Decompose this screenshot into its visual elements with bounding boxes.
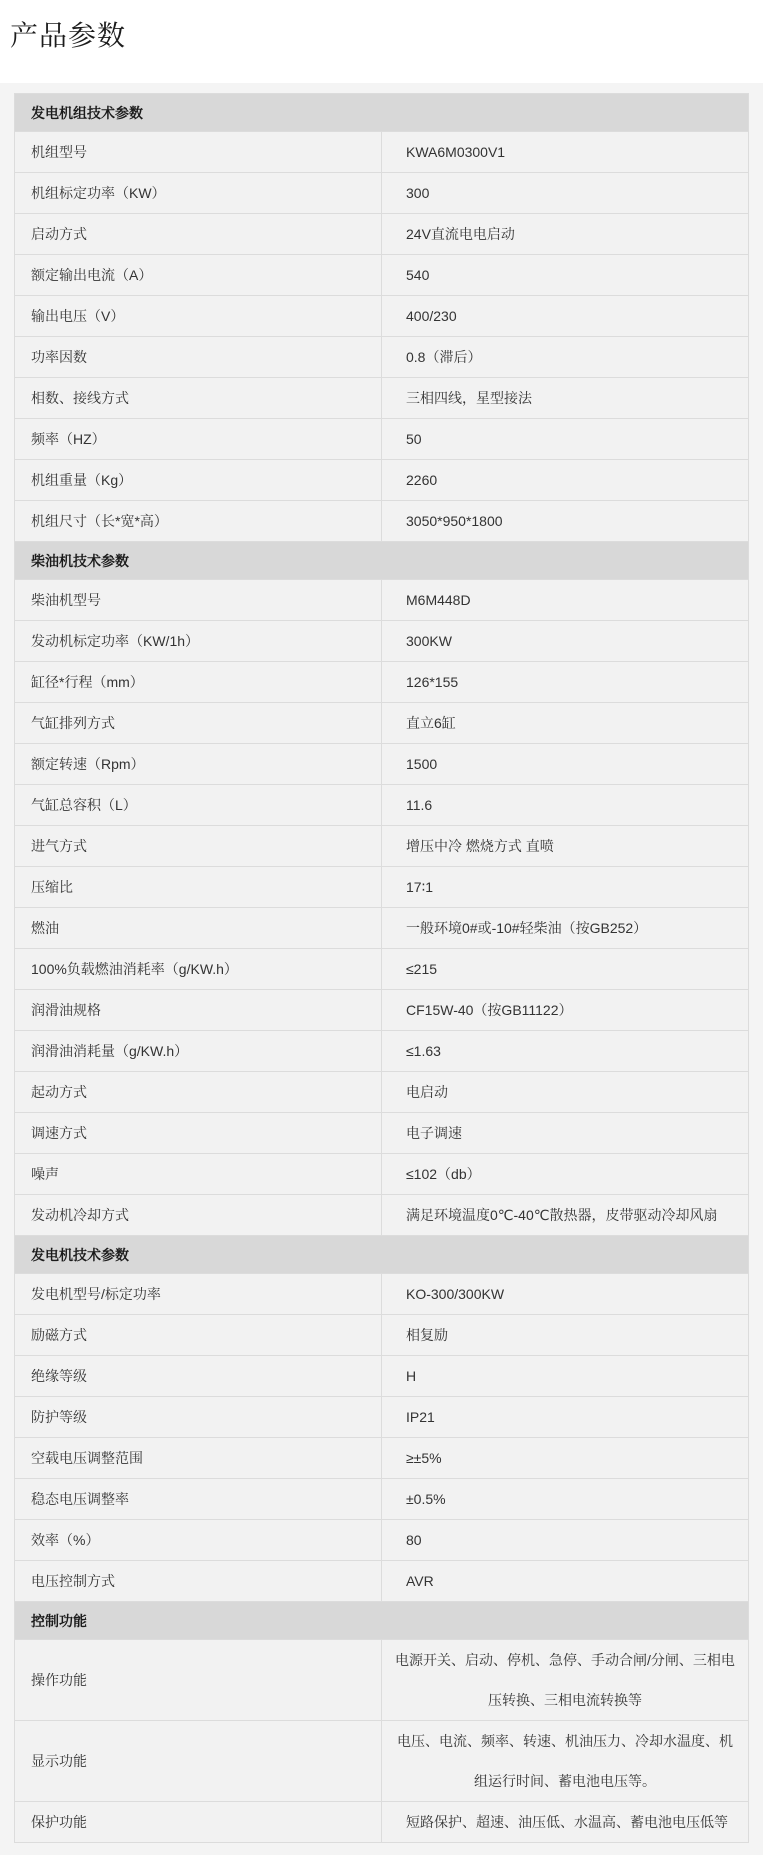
spec-value: 电子调速: [382, 1113, 749, 1154]
spec-label: 调速方式: [15, 1113, 382, 1154]
spec-row: 相数、接线方式三相四线，星型接法: [15, 378, 749, 419]
spec-label: 压缩比: [15, 867, 382, 908]
product-parameters-page: 产品参数 发电机组技术参数机组型号KWA6M0300V1机组标定功率（KW）30…: [0, 0, 763, 1855]
spec-label: 显示功能: [15, 1721, 382, 1802]
spec-label: 机组标定功率（KW）: [15, 173, 382, 214]
spec-value: 相复励: [382, 1315, 749, 1356]
spec-value: 80: [382, 1520, 749, 1561]
spec-row: 润滑油规格CF15W-40（按GB11122）: [15, 990, 749, 1031]
spec-label: 启动方式: [15, 214, 382, 255]
spec-value: 短路保护、超速、油压低、水温高、蓄电池电压低等: [382, 1802, 749, 1843]
spec-label: 保护功能: [15, 1802, 382, 1843]
spec-label: 机组重量（Kg）: [15, 460, 382, 501]
spec-value: IP21: [382, 1397, 749, 1438]
spec-label: 稳态电压调整率: [15, 1479, 382, 1520]
spec-value: 电源开关、启动、停机、急停、手动合闸/分闸、三相电压转换、三相电流转换等: [382, 1640, 749, 1721]
page-title: 产品参数: [0, 0, 763, 53]
spec-label: 机组型号: [15, 132, 382, 173]
spec-row: 100%负载燃油消耗率（g/KW.h）≤215: [15, 949, 749, 990]
spec-label: 频率（HZ）: [15, 419, 382, 460]
spec-row: 柴油机型号M6M448D: [15, 580, 749, 621]
spec-value: 2260: [382, 460, 749, 501]
spec-label: 柴油机型号: [15, 580, 382, 621]
spec-row: 起动方式电启动: [15, 1072, 749, 1113]
spec-value: 11.6: [382, 785, 749, 826]
spec-label: 起动方式: [15, 1072, 382, 1113]
spec-value: 540: [382, 255, 749, 296]
spec-label: 功率因数: [15, 337, 382, 378]
spec-row: 发动机冷却方式满足环境温度0℃-40℃散热器，皮带驱动冷却风扇: [15, 1195, 749, 1236]
spec-row: 润滑油消耗量（g/KW.h）≤1.63: [15, 1031, 749, 1072]
spec-label: 绝缘等级: [15, 1356, 382, 1397]
spec-row: 防护等级IP21: [15, 1397, 749, 1438]
spec-value: 300KW: [382, 621, 749, 662]
spec-value: 直立6缸: [382, 703, 749, 744]
spec-row: 气缸总容积（L）11.6: [15, 785, 749, 826]
spec-value: 三相四线，星型接法: [382, 378, 749, 419]
spec-row: 发电机型号/标定功率KO-300/300KW: [15, 1274, 749, 1315]
spec-row: 启动方式24V直流电电启动: [15, 214, 749, 255]
spec-label: 操作功能: [15, 1640, 382, 1721]
spec-row: 机组型号KWA6M0300V1: [15, 132, 749, 173]
spec-row: 燃油一般环境0#或-10#轻柴油（按GB252）: [15, 908, 749, 949]
spec-value: 17∶1: [382, 867, 749, 908]
spec-label: 燃油: [15, 908, 382, 949]
spec-row: 额定输出电流（A）540: [15, 255, 749, 296]
spec-row: 气缸排列方式直立6缸: [15, 703, 749, 744]
spec-row: 进气方式增压中冷 燃烧方式 直喷: [15, 826, 749, 867]
spec-label: 发动机标定功率（KW/1h）: [15, 621, 382, 662]
spec-row: 压缩比17∶1: [15, 867, 749, 908]
spec-label: 气缸总容积（L）: [15, 785, 382, 826]
spec-row: 机组重量（Kg）2260: [15, 460, 749, 501]
spec-value: 300: [382, 173, 749, 214]
spec-row: 噪声≤102（db）: [15, 1154, 749, 1195]
spec-value: 24V直流电电启动: [382, 214, 749, 255]
spec-value: 3050*950*1800: [382, 501, 749, 542]
spec-label: 润滑油消耗量（g/KW.h）: [15, 1031, 382, 1072]
spec-value: KWA6M0300V1: [382, 132, 749, 173]
spec-value: 电启动: [382, 1072, 749, 1113]
spec-table: 发电机组技术参数机组型号KWA6M0300V1机组标定功率（KW）300启动方式…: [14, 93, 749, 1843]
spec-value: ≥±5%: [382, 1438, 749, 1479]
section-header-row: 柴油机技术参数: [15, 542, 749, 580]
spec-value: ≤102（db）: [382, 1154, 749, 1195]
spec-value: 增压中冷 燃烧方式 直喷: [382, 826, 749, 867]
spec-row: 机组尺寸（长*宽*高）3050*950*1800: [15, 501, 749, 542]
spec-row: 励磁方式相复励: [15, 1315, 749, 1356]
spec-value: 一般环境0#或-10#轻柴油（按GB252）: [382, 908, 749, 949]
spec-value: 400/230: [382, 296, 749, 337]
spec-label: 额定转速（Rpm）: [15, 744, 382, 785]
spec-row: 功率因数0.8（滞后）: [15, 337, 749, 378]
spec-label: 相数、接线方式: [15, 378, 382, 419]
spec-value: ≤1.63: [382, 1031, 749, 1072]
spec-label: 防护等级: [15, 1397, 382, 1438]
spec-value: 0.8（滞后）: [382, 337, 749, 378]
spec-label: 发电机型号/标定功率: [15, 1274, 382, 1315]
section-header-row: 发电机技术参数: [15, 1236, 749, 1274]
spec-row: 空载电压调整范围≥±5%: [15, 1438, 749, 1479]
spec-label: 进气方式: [15, 826, 382, 867]
section-header-row: 发电机组技术参数: [15, 94, 749, 132]
spec-row: 绝缘等级H: [15, 1356, 749, 1397]
spec-row: 效率（%）80: [15, 1520, 749, 1561]
spec-row: 保护功能短路保护、超速、油压低、水温高、蓄电池电压低等: [15, 1802, 749, 1843]
spec-value: ≤215: [382, 949, 749, 990]
spec-value: CF15W-40（按GB11122）: [382, 990, 749, 1031]
spec-value: H: [382, 1356, 749, 1397]
spec-row: 输出电压（V）400/230: [15, 296, 749, 337]
section-header: 发电机组技术参数: [15, 94, 749, 132]
spec-row: 调速方式电子调速: [15, 1113, 749, 1154]
spec-label: 润滑油规格: [15, 990, 382, 1031]
spec-label: 空载电压调整范围: [15, 1438, 382, 1479]
spec-value: AVR: [382, 1561, 749, 1602]
spec-label: 效率（%）: [15, 1520, 382, 1561]
spec-row: 缸径*行程（mm）126*155: [15, 662, 749, 703]
spec-label: 输出电压（V）: [15, 296, 382, 337]
spec-value: 126*155: [382, 662, 749, 703]
spec-table-container: 发电机组技术参数机组型号KWA6M0300V1机组标定功率（KW）300启动方式…: [0, 83, 763, 1855]
spec-label: 额定输出电流（A）: [15, 255, 382, 296]
spec-table-body: 发电机组技术参数机组型号KWA6M0300V1机组标定功率（KW）300启动方式…: [15, 94, 749, 1843]
spec-label: 100%负载燃油消耗率（g/KW.h）: [15, 949, 382, 990]
spec-value: 电压、电流、频率、转速、机油压力、冷却水温度、机组运行时间、蓄电池电压等。: [382, 1721, 749, 1802]
section-header: 控制功能: [15, 1602, 749, 1640]
spec-value: 满足环境温度0℃-40℃散热器，皮带驱动冷却风扇: [382, 1195, 749, 1236]
spec-value: 50: [382, 419, 749, 460]
spec-row: 频率（HZ）50: [15, 419, 749, 460]
spec-label: 发动机冷却方式: [15, 1195, 382, 1236]
spec-row: 机组标定功率（KW）300: [15, 173, 749, 214]
spec-row: 稳态电压调整率±0.5%: [15, 1479, 749, 1520]
section-header: 柴油机技术参数: [15, 542, 749, 580]
spec-label: 气缸排列方式: [15, 703, 382, 744]
spec-row: 显示功能电压、电流、频率、转速、机油压力、冷却水温度、机组运行时间、蓄电池电压等…: [15, 1721, 749, 1802]
spec-row: 电压控制方式AVR: [15, 1561, 749, 1602]
spec-label: 机组尺寸（长*宽*高）: [15, 501, 382, 542]
section-header-row: 控制功能: [15, 1602, 749, 1640]
spec-value: M6M448D: [382, 580, 749, 621]
spec-row: 发动机标定功率（KW/1h）300KW: [15, 621, 749, 662]
spec-row: 操作功能电源开关、启动、停机、急停、手动合闸/分闸、三相电压转换、三相电流转换等: [15, 1640, 749, 1721]
section-header: 发电机技术参数: [15, 1236, 749, 1274]
spec-label: 电压控制方式: [15, 1561, 382, 1602]
spec-label: 励磁方式: [15, 1315, 382, 1356]
spec-row: 额定转速（Rpm）1500: [15, 744, 749, 785]
spec-value: 1500: [382, 744, 749, 785]
spec-value: ±0.5%: [382, 1479, 749, 1520]
spec-label: 噪声: [15, 1154, 382, 1195]
spec-label: 缸径*行程（mm）: [15, 662, 382, 703]
spec-value: KO-300/300KW: [382, 1274, 749, 1315]
